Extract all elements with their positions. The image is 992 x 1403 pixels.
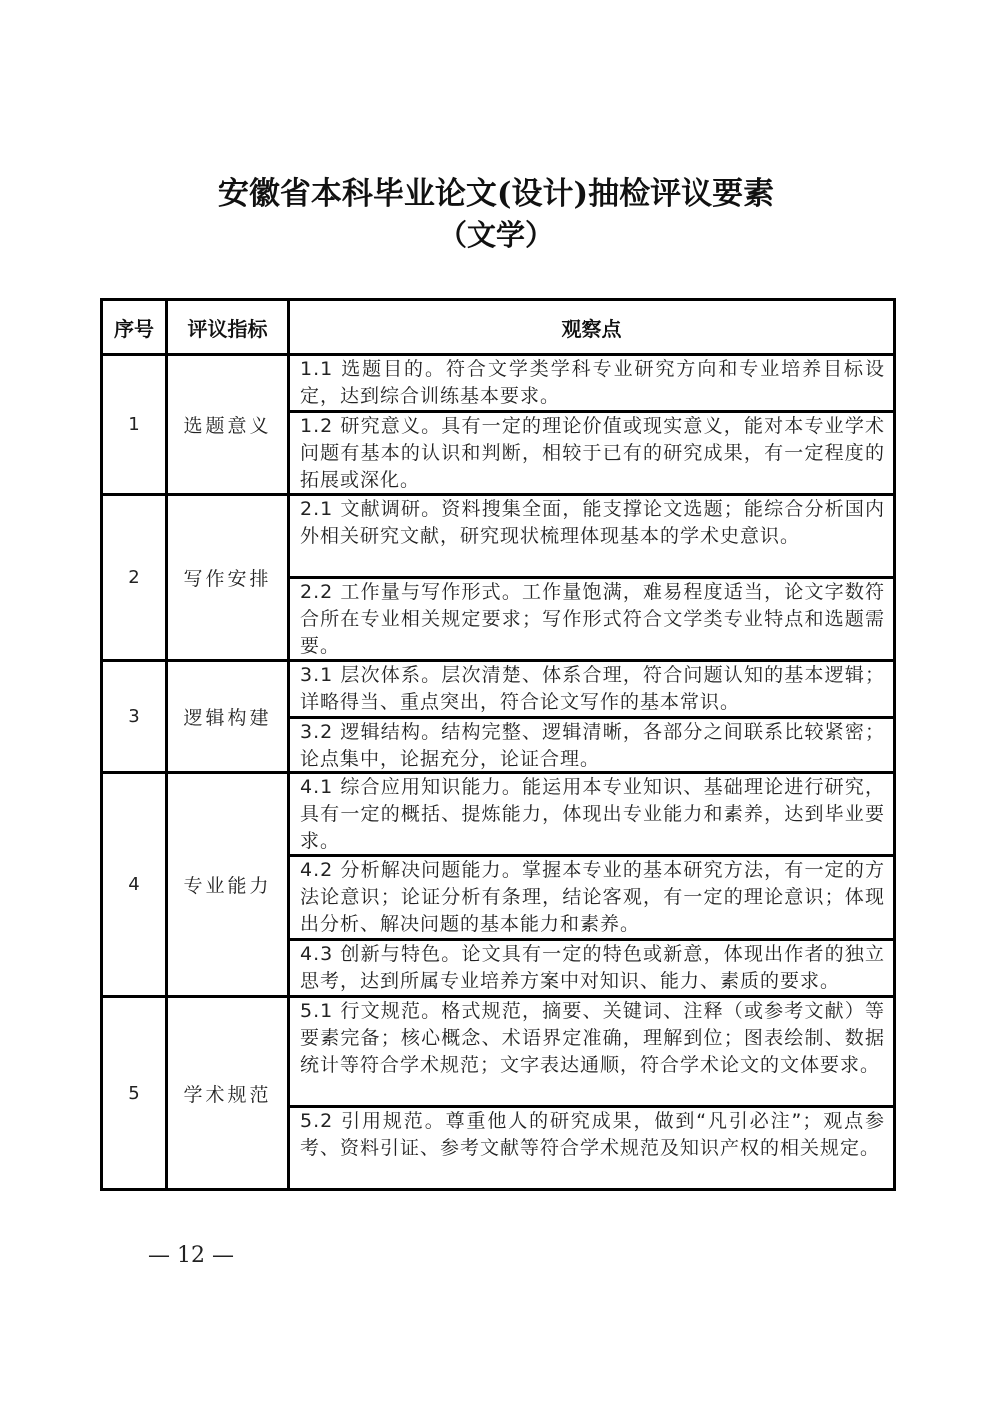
observation-point: 1.1 选题目的。符合文学类学科专业研究方向和专业培养目标设定，达到综合训练基本… [290,356,893,413]
observation-point: 5.2 引用规范。尊重他人的研究成果，做到“凡引必注”；观点参考、资料引证、参考… [290,1108,893,1188]
table-row: 1 选题意义 1.1 选题目的。符合文学类学科专业研究方向和专业培养目标设定，达… [102,355,895,495]
table-row: 4 专业能力 4.1 综合应用知识能力。能运用本专业知识、基础理论进行研究，具有… [102,773,895,997]
header-number: 序号 [102,300,167,355]
observation-point: 4.3 创新与特色。论文具有一定的特色或新意，体现出作者的独立思考，达到所属专业… [290,941,893,995]
row-number: 5 [102,997,167,1190]
observation-point: 1.2 研究意义。具有一定的理论价值或现实意义，能对本专业学术问题有基本的认识和… [290,413,893,493]
row-indicator: 专业能力 [167,773,289,997]
row-indicator: 写作安排 [167,495,289,661]
table-row: 2 写作安排 2.1 文献调研。资料搜集全面，能支撑论文选题；能综合分析国内外相… [102,495,895,661]
row-number: 1 [102,355,167,495]
table-row: 3 逻辑构建 3.1 层次体系。层次清楚、体系合理，符合问题认知的基本逻辑；详略… [102,661,895,773]
row-observations: 5.1 行文规范。格式规范，摘要、关键词、注释（或参考文献）等要素完备；核心概念… [289,997,895,1190]
row-indicator: 逻辑构建 [167,661,289,773]
observation-point: 3.1 层次体系。层次清楚、体系合理，符合问题认知的基本逻辑；详略得当、重点突出… [290,662,893,719]
observation-point: 5.1 行文规范。格式规范，摘要、关键词、注释（或参考文献）等要素完备；核心概念… [290,998,893,1108]
row-number: 3 [102,661,167,773]
observation-point: 2.1 文献调研。资料搜集全面，能支撑论文选题；能综合分析国内外相关研究文献，研… [290,496,893,579]
document-title: 安徽省本科毕业论文(设计)抽检评议要素 [0,168,992,213]
row-indicator: 学术规范 [167,997,289,1190]
table-row: 5 学术规范 5.1 行文规范。格式规范，摘要、关键词、注释（或参考文献）等要素… [102,997,895,1190]
row-number: 2 [102,495,167,661]
row-number: 4 [102,773,167,997]
table-header-row: 序号 评议指标 观察点 [102,300,895,355]
row-observations: 2.1 文献调研。资料搜集全面，能支撑论文选题；能综合分析国内外相关研究文献，研… [289,495,895,661]
observation-point: 4.1 综合应用知识能力。能运用本专业知识、基础理论进行研究，具有一定的概括、提… [290,774,893,857]
observation-point: 3.2 逻辑结构。结构完整、逻辑清晰，各部分之间联系比较紧密；论点集中，论据充分… [290,719,893,771]
evaluation-table: 序号 评议指标 观察点 1 选题意义 1.1 选题目的。符合文学类学科专业研究方… [100,298,896,1191]
header-indicator: 评议指标 [167,300,289,355]
header-observation: 观察点 [289,300,895,355]
row-indicator: 选题意义 [167,355,289,495]
row-observations: 4.1 综合应用知识能力。能运用本专业知识、基础理论进行研究，具有一定的概括、提… [289,773,895,997]
row-observations: 1.1 选题目的。符合文学类学科专业研究方向和专业培养目标设定，达到综合训练基本… [289,355,895,495]
document-subtitle: （文学） [0,213,992,254]
page-number: — 12 — [148,1243,234,1268]
observation-point: 2.2 工作量与写作形式。工作量饱满，难易程度适当，论文字数符合所在专业相关规定… [290,579,893,659]
row-observations: 3.1 层次体系。层次清楚、体系合理，符合问题认知的基本逻辑；详略得当、重点突出… [289,661,895,773]
observation-point: 4.2 分析解决问题能力。掌握本专业的基本研究方法，有一定的方法论意识；论证分析… [290,857,893,941]
